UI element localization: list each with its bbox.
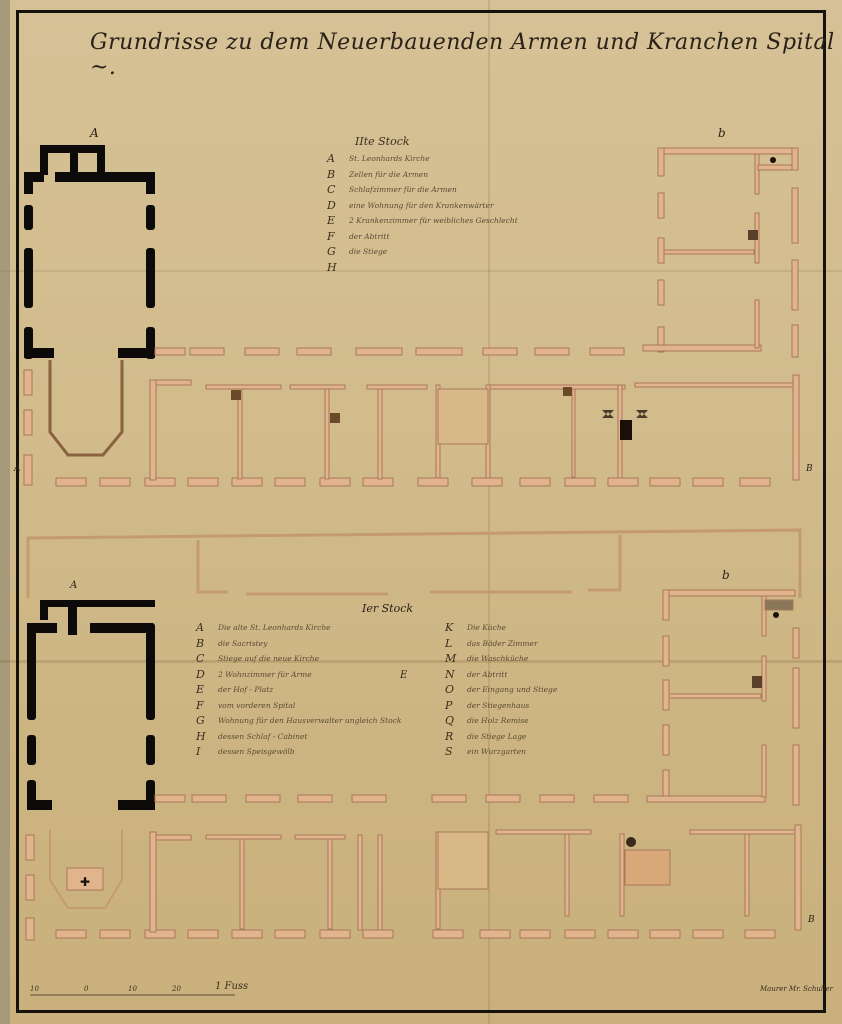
legend-row: CStiege auf die neue Kirche xyxy=(196,651,401,667)
legend-row: GWohnung für den Hausverwalter ungleich … xyxy=(196,713,401,729)
legend-row: Mdie Waschküche xyxy=(445,651,557,667)
upper-right-chimney xyxy=(748,230,758,240)
scale-label: 1 Fuss xyxy=(215,981,248,992)
courtyard-wall xyxy=(28,530,800,598)
legend-row: Fder Abtritt xyxy=(327,229,518,245)
legend-row: Nder Abtritt xyxy=(445,667,557,683)
legend-row: Qdie Holz Remise xyxy=(445,713,557,729)
legend-row: Deine Wohnung für den Krankenwärter xyxy=(327,198,518,214)
signature: Maurer Mr. Schuller xyxy=(760,985,833,993)
altar-cross-icon: ✚ xyxy=(80,875,90,889)
legend-row: BZellen für die Armen xyxy=(327,167,518,183)
legend-row: Ldas Bäder Zimmer xyxy=(445,636,557,652)
upper-floor-heading: IIte Stock xyxy=(355,135,518,148)
legend-row: Rdie Stiege Lage xyxy=(445,729,557,745)
lower-right-wing xyxy=(647,590,799,805)
lower-old-church xyxy=(27,600,155,810)
stray-mark: E xyxy=(400,670,407,681)
legend-row: Idessen Speisgewölb xyxy=(196,744,401,760)
legend-row: Sein Wurzgarten xyxy=(445,744,557,760)
lower-wing-walls xyxy=(150,825,801,932)
mark-lower-church: A xyxy=(70,580,77,591)
mark-upper-church: A xyxy=(90,126,99,140)
ground-floor-heading: Ier Stock xyxy=(362,602,413,615)
upper-old-church xyxy=(24,145,155,359)
legend-row: Eder Hof - Platz xyxy=(196,682,401,698)
legend-row: ASt. Leonhards Kirche xyxy=(327,151,518,167)
lower-stove-icon xyxy=(773,612,779,618)
upper-right-wing xyxy=(643,148,798,357)
legend-row: ADie alte St. Leonhards Kirche xyxy=(196,620,401,636)
legend-row: KDie Küche xyxy=(445,620,557,636)
mark-upper-left: A xyxy=(14,464,21,474)
mark-upper-wing: b xyxy=(718,126,726,140)
mark-court: b xyxy=(722,568,730,582)
legend-row: H xyxy=(327,260,518,276)
upper-facade-piers xyxy=(24,348,770,486)
legend-row: Bdie Sacristey xyxy=(196,636,401,652)
upper-stove-icon xyxy=(770,157,776,163)
upper-wing-walls xyxy=(150,375,799,480)
upper-church-apse xyxy=(50,360,122,455)
legend-row: E2 Krankenzimmer für weibliches Geschlec… xyxy=(327,213,518,229)
lower-well-icon xyxy=(626,837,636,847)
mark-upper-right: B xyxy=(806,464,813,474)
legend-row: Pder Stiegenhaus xyxy=(445,698,557,714)
legend-row: Gdie Stiege xyxy=(327,244,518,260)
legend-row: Hdessen Schlaf - Cabinet xyxy=(196,729,401,745)
lower-right-chimney xyxy=(752,676,762,688)
mark-lower-right: B xyxy=(808,915,815,925)
legend-row: Fvom vorderen Spital xyxy=(196,698,401,714)
legend-row: D2 Wohnzimmer für Arme xyxy=(196,667,401,683)
legend-row: CSchlafzimmer für die Armen xyxy=(327,182,518,198)
lower-church-apse: ✚ xyxy=(50,830,122,908)
ground-floor-legend-left: ADie alte St. Leonhards Kirche Bdie Sacr… xyxy=(196,620,401,760)
ground-floor-legend-right: KDie Küche Ldas Bäder Zimmer Mdie Waschk… xyxy=(445,620,557,760)
upper-floor-legend: IIte Stock ASt. Leonhards Kirche BZellen… xyxy=(327,135,518,275)
legend-row: Oder Eingang und Stiege xyxy=(445,682,557,698)
